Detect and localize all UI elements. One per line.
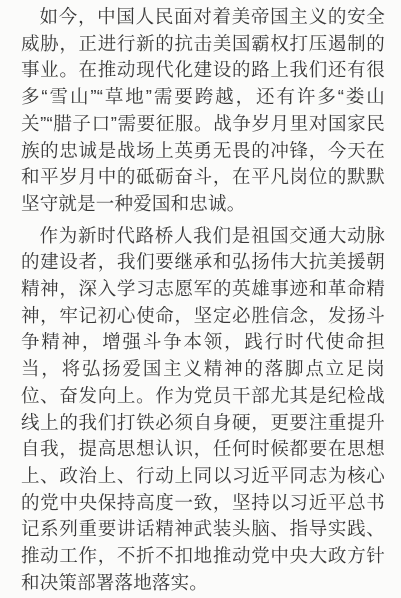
- article-text-page: 如今，中国人民面对着美帝国主义的安全威胁，正进行新的抗击美国霸权打压遏制的事业。…: [0, 0, 401, 598]
- article-paragraph-1: 如今，中国人民面对着美帝国主义的安全威胁，正进行新的抗击美国霸权打压遏制的事业。…: [21, 4, 385, 218]
- article-paragraph-2: 作为新时代路桥人我们是祖国交通大动脉的建设者，我们要继承和弘扬伟大抗美援朝精神，…: [21, 223, 385, 597]
